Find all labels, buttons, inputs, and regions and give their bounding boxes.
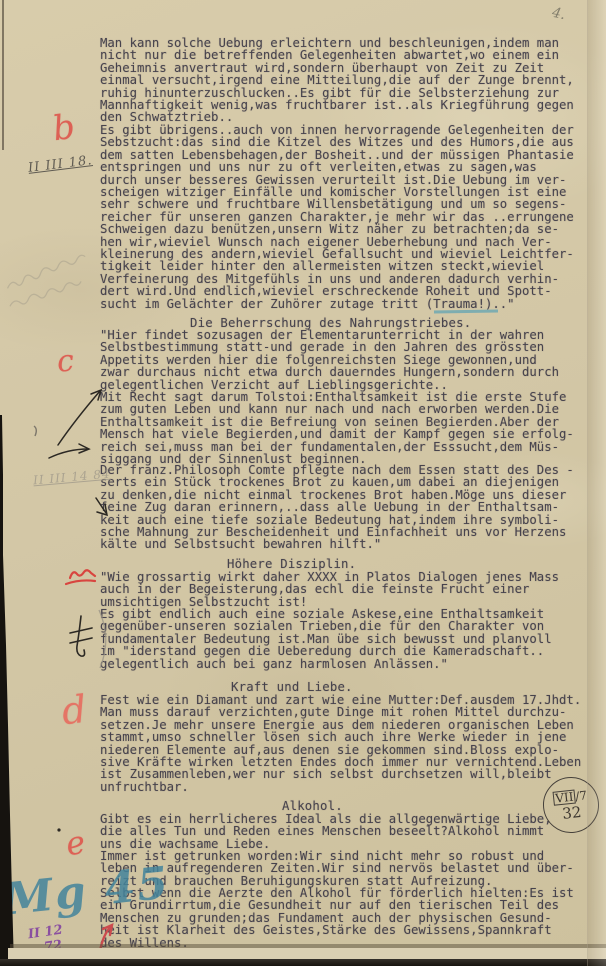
paragraph-uebung: Man kann solche Uebung erleichtern und b… — [100, 37, 574, 124]
scan-edge-bottom — [0, 959, 606, 966]
margin-letter-d: d — [60, 687, 89, 733]
ink-dot — [57, 828, 60, 831]
stamp-bottom-number: 32 — [562, 804, 583, 821]
paragraph-tolstoi: Mit Recht sagt darum Tolstoi:Enthaltsamk… — [100, 391, 574, 465]
margin-letter-c: c — [56, 343, 76, 379]
heading-kraft-und-liebe: Kraft und Liebe. — [231, 681, 353, 693]
paragraph-comte: Der franz.Philosoph Comte pflegte nach d… — [100, 464, 574, 551]
paragraph-getrunken: Immer ist getrunken worden:Wir sind nich… — [100, 850, 574, 887]
heading-disziplin: Höhere Disziplin. — [227, 558, 356, 570]
page-number: 4. — [550, 5, 566, 23]
underlying-sheet-edge — [8, 948, 606, 959]
paragraph-selbstzucht: Es gibt übrigens..auch von innen hervorr… — [100, 124, 574, 310]
page-right-crease — [587, 0, 606, 966]
paragraph-elementarunterricht: "Hier findet sozusagen der Elementarunte… — [100, 329, 559, 391]
margin-ref-top: II III 18. — [27, 153, 93, 176]
scanned-typescript-page: Man kann solche Uebung erleichtern und b… — [0, 0, 606, 966]
margin-arrow-right-icon — [49, 444, 89, 458]
red-squiggle — [66, 570, 95, 584]
pencil-tick — [34, 426, 36, 436]
trauma-blue-underline — [434, 309, 498, 313]
stamp-slash-number: /7 — [575, 789, 588, 802]
margin-arrow-up-icon — [58, 390, 101, 445]
paragraph-ideal: Gibt es ein herrlicheres Ideal als die a… — [100, 813, 552, 850]
margin-letter-b: b — [50, 107, 77, 150]
heading-alkohol: Alkohol. — [282, 800, 343, 812]
margin-letter-e: e — [63, 823, 88, 864]
paragraph-platos: "Wie grossartig wirkt daher XXXX in Plat… — [100, 571, 559, 608]
ink-hash-mark — [70, 616, 92, 656]
faint-pencil-scribble — [2, 254, 93, 307]
scan-edge-left-line — [2, 0, 4, 150]
stamp-top-line: VII/7 — [553, 788, 588, 805]
paragraph-diamant: Fest wie ein Diamant und zart wie eine M… — [100, 694, 581, 793]
paragraph-askese: Es gibt endlich auch eine soziale Askese… — [100, 608, 552, 670]
